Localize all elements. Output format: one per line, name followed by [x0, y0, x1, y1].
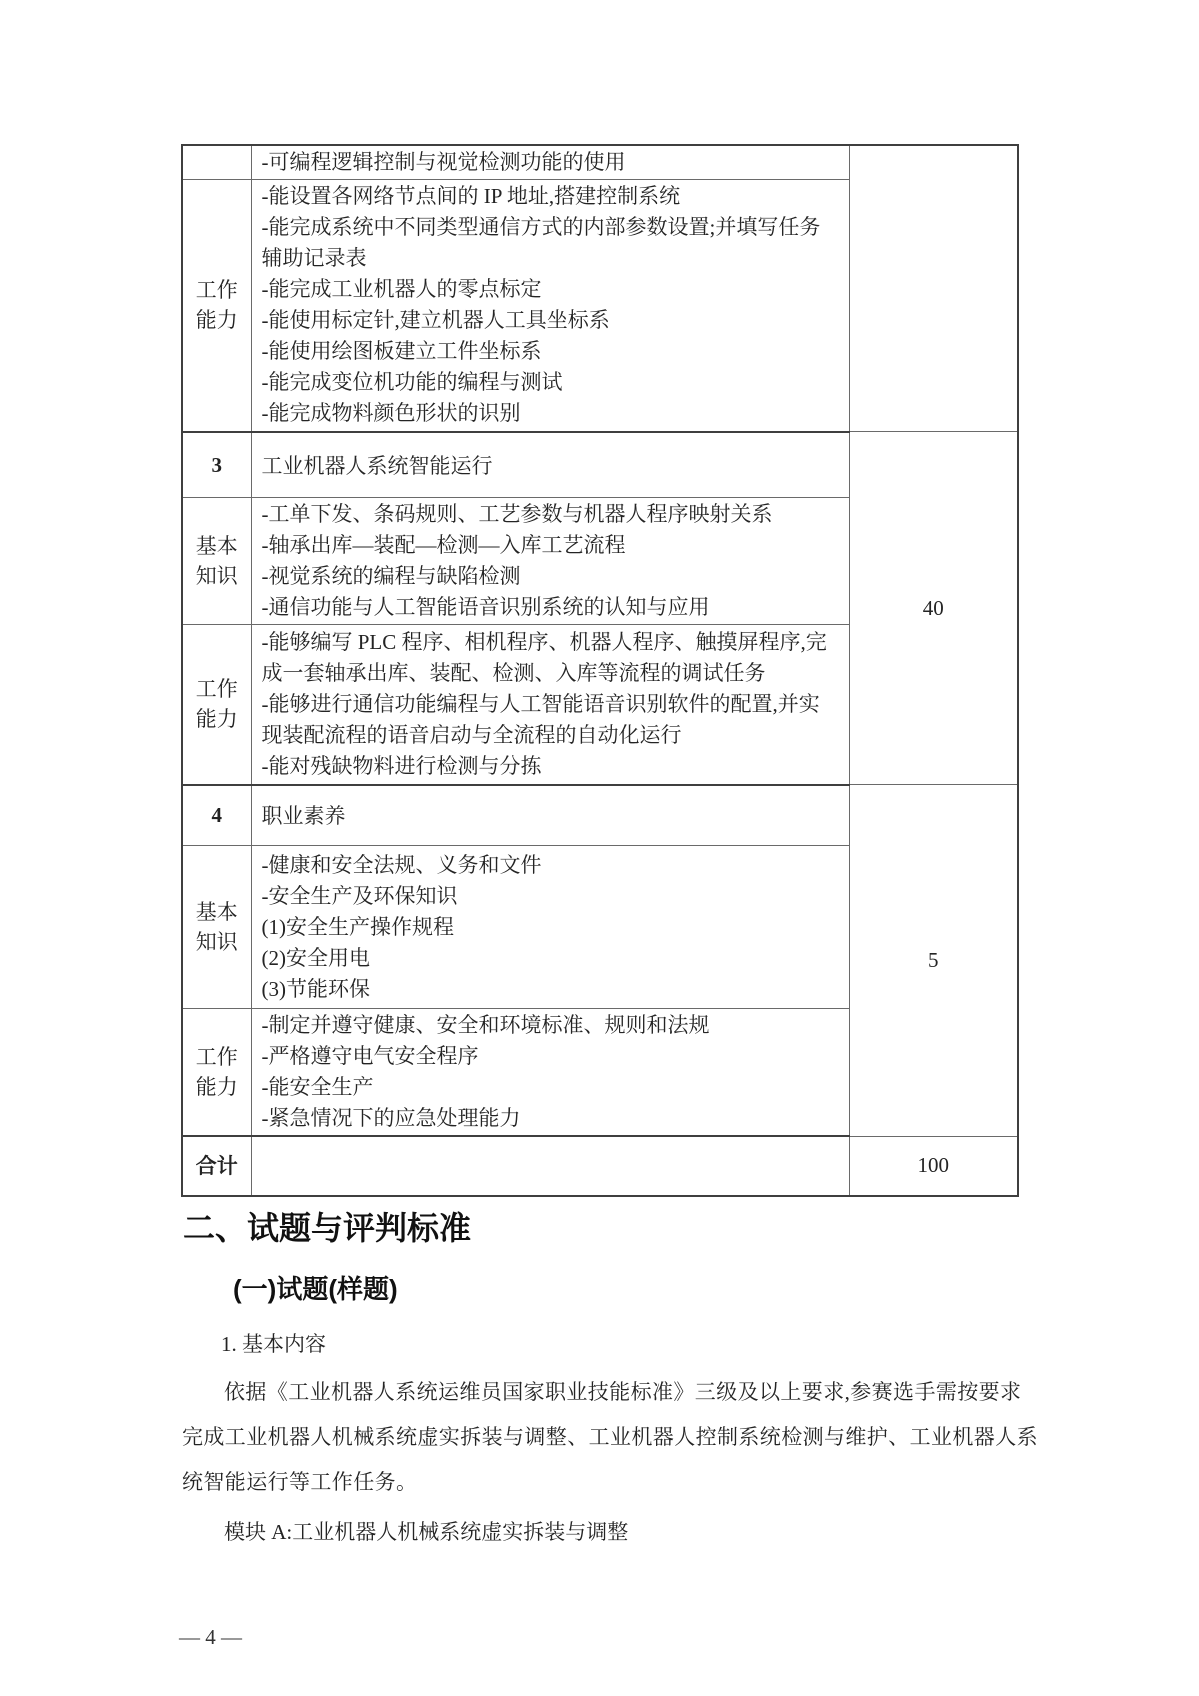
table-line: -制定并遵守健康、安全和环境标准、规则和法规 — [262, 1010, 843, 1041]
table-line: -能使用绘图板建立工件坐标系 — [262, 336, 843, 367]
score-cell-total: 100 — [849, 1136, 1018, 1196]
section-title: 职业素养 — [251, 785, 849, 846]
paragraph-line: 依据《工业机器人系统运维员国家职业技能标准》三级及以上要求,参赛选手需按要求 — [182, 1370, 1028, 1415]
row-content: -制定并遵守健康、安全和环境标准、规则和法规 -严格遵守电气安全程序 -能安全生… — [251, 1009, 849, 1137]
table-line: 辅助记录表 — [262, 243, 843, 274]
page-number: — 4 — — [179, 1623, 242, 1651]
row-number: 4 — [182, 785, 251, 846]
row-label: 工作 能力 — [182, 625, 251, 785]
row-content — [251, 1136, 849, 1196]
table-line: -能设置各网络节点间的 IP 地址,搭建控制系统 — [262, 181, 843, 212]
row-label: 基本 知识 — [182, 498, 251, 625]
score-cell-section2 — [849, 145, 1018, 432]
body-paragraph: 依据《工业机器人系统运维员国家职业技能标准》三级及以上要求,参赛选手需按要求 完… — [182, 1370, 1028, 1505]
table-row-total: 合计 100 — [182, 1136, 1018, 1196]
table-line: -视觉系统的编程与缺陷检测 — [262, 561, 843, 592]
total-label: 合计 — [182, 1136, 251, 1196]
row-label: 工作 能力 — [182, 180, 251, 432]
table-line: -严格遵守电气安全程序 — [262, 1041, 843, 1072]
module-line: 模块 A:工业机器人机械系统虚实拆装与调整 — [224, 1518, 628, 1546]
table-line: -能完成物料颜色形状的识别 — [262, 398, 843, 429]
table-line: 成一套轴承出库、装配、检测、入库等流程的调试任务 — [262, 658, 843, 689]
table-row: 4 职业素养 5 — [182, 785, 1018, 846]
table-line: -能使用标定针,建立机器人工具坐标系 — [262, 305, 843, 336]
row-content: -能够编写 PLC 程序、相机程序、机器人程序、触摸屏程序,完 成一套轴承出库、… — [251, 625, 849, 785]
row-content: -能设置各网络节点间的 IP 地址,搭建控制系统 -能完成系统中不同类型通信方式… — [251, 180, 849, 432]
table-line: -可编程逻辑控制与视觉检测功能的使用 — [262, 147, 843, 178]
item-heading: 1. 基本内容 — [221, 1330, 326, 1358]
table-row: -可编程逻辑控制与视觉检测功能的使用 — [182, 145, 1018, 180]
table-line: -能完成变位机功能的编程与测试 — [262, 367, 843, 398]
table-line: -紧急情况下的应急处理能力 — [262, 1103, 843, 1134]
table-line: -通信功能与人工智能语音识别系统的认知与应用 — [262, 592, 843, 623]
skills-table: -可编程逻辑控制与视觉检测功能的使用 工作 能力 -能设置各网络节点间的 IP … — [181, 144, 1019, 1197]
row-content: -工单下发、条码规则、工艺参数与机器人程序映射关系 -轴承出库—装配—检测—入库… — [251, 498, 849, 625]
table-line: -安全生产及环保知识 — [262, 881, 843, 912]
paragraph-line: 统智能运行等工作任务。 — [182, 1460, 1028, 1505]
row-number: 3 — [182, 432, 251, 498]
document-page: -可编程逻辑控制与视觉检测功能的使用 工作 能力 -能设置各网络节点间的 IP … — [0, 0, 1199, 1696]
row-content: -可编程逻辑控制与视觉检测功能的使用 — [251, 145, 849, 180]
row-label: 工作 能力 — [182, 1009, 251, 1137]
row-label — [182, 145, 251, 180]
table-line: -能完成工业机器人的零点标定 — [262, 274, 843, 305]
section-title: 工业机器人系统智能运行 — [251, 432, 849, 498]
table-line: -能够编写 PLC 程序、相机程序、机器人程序、触摸屏程序,完 — [262, 627, 843, 658]
table-line: (3)节能环保 — [262, 974, 843, 1005]
section-heading: 二、试题与评判标准 — [183, 1208, 471, 1248]
table-line: -能对残缺物料进行检测与分拣 — [262, 751, 843, 782]
table-line: -轴承出库—装配—检测—入库工艺流程 — [262, 530, 843, 561]
table-line: -健康和安全法规、义务和文件 — [262, 850, 843, 881]
table-row: 3 工业机器人系统智能运行 40 — [182, 432, 1018, 498]
table-line: -能够进行通信功能编程与人工智能语音识别软件的配置,并实 — [262, 689, 843, 720]
score-cell-section3: 40 — [849, 432, 1018, 785]
paragraph-line: 完成工业机器人机械系统虚实拆装与调整、工业机器人控制系统检测与维护、工业机器人系 — [182, 1415, 1028, 1460]
table-line: -能完成系统中不同类型通信方式的内部参数设置;并填写任务 — [262, 212, 843, 243]
table-line: -工单下发、条码规则、工艺参数与机器人程序映射关系 — [262, 499, 843, 530]
row-label: 基本 知识 — [182, 846, 251, 1009]
row-content: -健康和安全法规、义务和文件 -安全生产及环保知识 (1)安全生产操作规程 (2… — [251, 846, 849, 1009]
table-line: 现装配流程的语音启动与全流程的自动化运行 — [262, 720, 843, 751]
table-line: (1)安全生产操作规程 — [262, 912, 843, 943]
score-cell-section4: 5 — [849, 785, 1018, 1137]
subsection-heading: (一)试题(样题) — [233, 1272, 398, 1306]
table-line: -能安全生产 — [262, 1072, 843, 1103]
table-line: (2)安全用电 — [262, 943, 843, 974]
